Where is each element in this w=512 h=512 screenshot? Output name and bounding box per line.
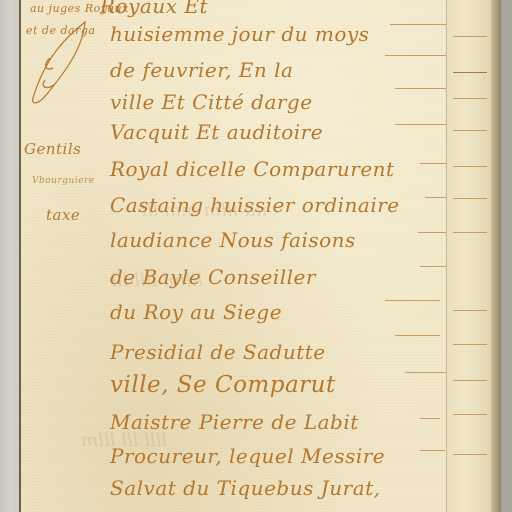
manuscript-line: du Roy au Siege [110,300,282,324]
manuscript-line: Presidial de Sadutte [110,340,326,364]
manuscript-line: ville Et Citté darge [110,90,313,114]
manuscript-line: Procureur, lequel Messire [110,444,385,468]
manuscript-line: ville, Se Comparut [110,372,336,398]
line-filler-rule [420,418,440,419]
manuscript-line: huisiemme jour du moys [110,22,369,46]
edge-rule [453,380,487,381]
line-filler-rule [385,300,440,301]
margin-note: et de darga [26,24,95,37]
manuscript-line: Royaux Et [100,0,208,18]
line-filler-rule [390,24,450,25]
manuscript-line: Maistre Pierre de Labit [110,410,359,434]
manuscript-line: laudiance Nous faisons [110,228,356,252]
edge-rule [453,414,487,415]
stacked-page-edges [446,0,492,512]
manuscript-line: de feuvrier, En la [110,58,293,82]
margin-note: Vbourguiere [32,176,95,186]
manuscript-scan: illi lllm mm lll lllml illl lll llll lll… [0,0,512,512]
manuscript-line: Salvat du Tiquebus Jurat, [110,476,381,500]
line-filler-rule [385,55,450,56]
manuscript-line: Castaing huissier ordinaire [110,193,400,217]
manuscript-line: Royal dicelle Comparurent [110,157,395,181]
manuscript-line: Vacquit Et auditoire [110,120,323,144]
edge-rule [453,98,487,99]
edge-rule [453,166,487,167]
line-filler-rule [395,124,450,125]
edge-rule [453,310,487,311]
line-filler-rule [395,88,450,89]
line-filler-rule [420,450,445,451]
edge-rule [453,232,487,233]
margin-note: taxe [46,206,80,224]
manuscript-line: de Bayle Conseiller [110,265,316,289]
edge-rule [453,198,487,199]
page-outer-edge [491,0,501,512]
scan-background [501,0,512,512]
edge-rule [453,344,487,345]
line-filler-rule [395,335,440,336]
margin-note: Gentils [24,140,81,158]
line-filler-rule [405,372,450,373]
edge-rule [453,130,487,131]
edge-rule [453,454,487,455]
edge-rule [453,72,487,73]
edge-rule [453,36,487,37]
binding-strip [0,0,20,512]
